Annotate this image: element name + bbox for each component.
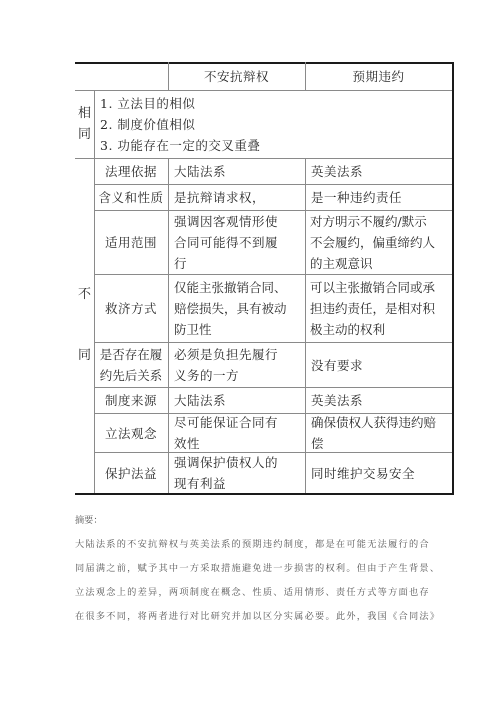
table-right-border <box>452 62 454 495</box>
row-anxie: 尽可能保证合同有 效性 <box>168 414 305 452</box>
row-aspect: 保护法益 <box>94 453 168 493</box>
row-aspect: 含义和性质 <box>94 185 168 210</box>
diff-label-bottom: 同 <box>75 345 94 366</box>
row-yuqi: 同时维护交易安全 <box>305 453 452 493</box>
row-anxie: 大陆法系 <box>168 159 305 184</box>
row-anxie: 必须是负担先履行 义务的一方 <box>168 343 305 387</box>
row-yuqi: 确保债权人获得违约赔 偿 <box>305 414 452 452</box>
row-aspect: 立法观念 <box>94 414 168 452</box>
row-yuqi: 对方明示不履约/默示 不会履约，偏重缔约人 的主观意识 <box>305 211 452 274</box>
summary-line: 大陆法系的不安抗辩权与英美法系的预期违约制度，都是在可能无法履行的合 <box>75 540 445 549</box>
row-yuqi: 是一种违约责任 <box>305 185 452 210</box>
summary-line: 在很多不同，将两者进行对比研究并加以区分实属必要。此外，我国《合同法》 <box>75 612 445 621</box>
row-yuqi: 可以主张撤销合同或承 担违约责任，是相对积 极主动的权利 <box>305 275 452 342</box>
row-anxie: 是抗辩请求权， <box>168 185 305 210</box>
row-aspect: 是否存在履 约先后关系 <box>94 343 168 387</box>
row-anxie: 大陆法系 <box>168 388 305 413</box>
row-anxie: 强调保护债权人的 现有利益 <box>168 453 305 493</box>
row-aspect: 制度来源 <box>94 388 168 413</box>
summary-section: 摘要： 大陆法系的不安抗辩权与英美法系的预期违约制度，都是在可能无法履行的合 同… <box>75 512 445 636</box>
same-items: 1. 立法目的相似 2. 制度价值相似 3. 功能存在一定的交叉重叠 <box>94 91 452 158</box>
summary-line: 同届满之前，赋予其中一方采取措施避免进一步损害的权利。但由于产生背景、 <box>75 564 445 573</box>
header-anxie: 不安抗辩权 <box>168 63 305 90</box>
summary-title: 摘要： <box>75 512 445 526</box>
row-aspect: 法理依据 <box>94 159 168 184</box>
row-yuqi: 没有要求 <box>305 343 452 387</box>
summary-line: 立法观念上的差异，两项制度在概念、性质、适用情形、责任方式等方面也存 <box>75 588 445 597</box>
header-yuqi: 预期违约 <box>305 63 452 90</box>
row-aspect: 适用范围 <box>94 211 168 274</box>
same-label: 相 同 <box>75 103 94 145</box>
row-anxie: 强调因客观情形使 合同可能得不到履 行 <box>168 211 305 274</box>
row-yuqi: 英美法系 <box>305 159 452 184</box>
row-aspect: 救济方式 <box>94 275 168 342</box>
diff-label-top: 不 <box>75 284 94 305</box>
row-anxie: 仅能主张撤销合同、 赔偿损失，具有被动 防卫性 <box>168 275 305 342</box>
row-yuqi: 英美法系 <box>305 388 452 413</box>
